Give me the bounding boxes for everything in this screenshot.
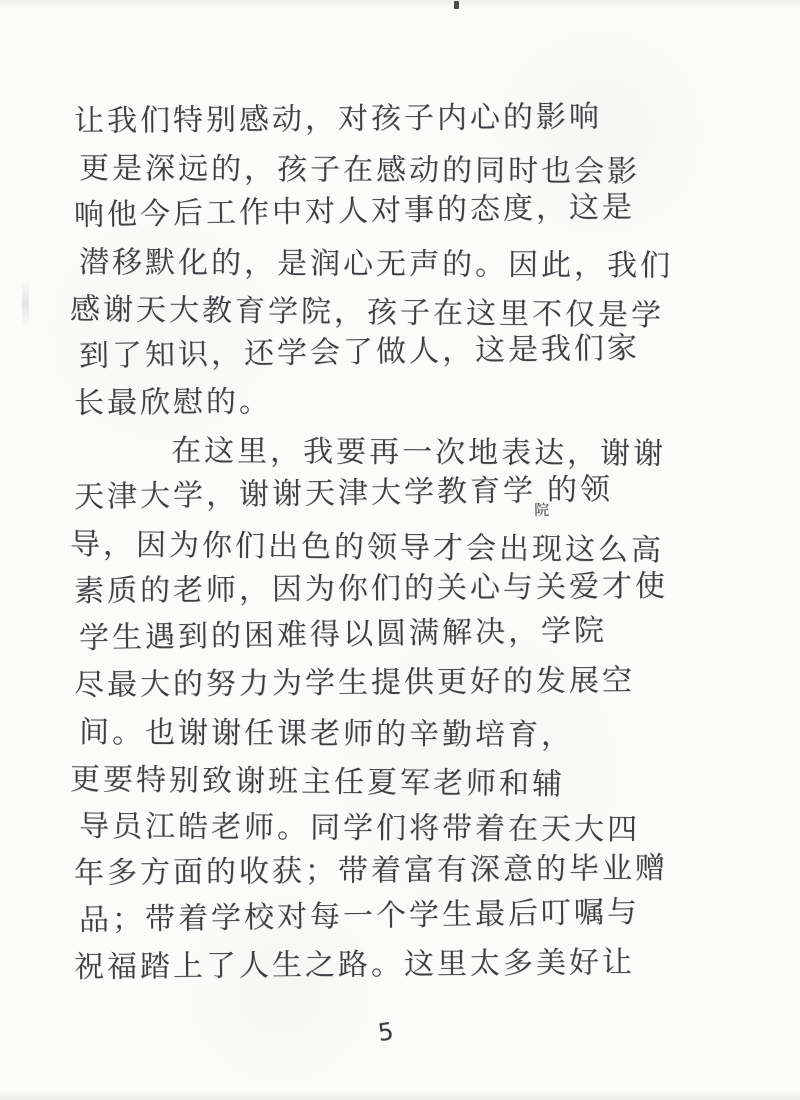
handwritten-line: 学生遇到的困难得以圆满解决，学院 <box>79 607 755 664</box>
handwritten-line: 更要特别致谢班主任夏军老师和辅 <box>70 758 754 812</box>
handwritten-line: 间。也谢谢任课老师的辛勤培育， <box>79 711 754 762</box>
page-number: 5 <box>376 1017 395 1047</box>
handwritten-line: 响他今后工作中对人对事的态度，这是 <box>74 184 755 241</box>
inserted-correction-char: 院 <box>534 488 550 532</box>
handwritten-line-with-insertion: 天津大学，谢谢天津大学教育学院的领 <box>74 466 755 523</box>
scan-artifact-speck <box>454 1 459 9</box>
handwritten-line: 尽最大的努力为学生提供更好的发展空 <box>74 658 754 711</box>
handwritten-line: 长最欣慰的。 <box>74 376 754 429</box>
line-text-before-insertion: 天津大学，谢谢天津大学教育学 <box>74 473 536 515</box>
handwritten-line: 潜移默化的，是润心无声的。因此，我们 <box>79 241 754 292</box>
handwritten-line: 祝福踏上了人生之路。这里太多美好让 <box>74 940 754 993</box>
line-text-after-insertion: 的领 <box>547 472 614 508</box>
scan-artifact-smudge <box>22 280 29 326</box>
handwritten-line: 品；带着学校对每一个学生最后叮嘱与 <box>79 889 755 946</box>
handwritten-line: 让我们特别感动，对孩子内心的影响 <box>74 94 754 147</box>
handwritten-line: 到了知识，还学会了做人，这是我们家 <box>79 325 755 382</box>
handwritten-text-block: 让我们特别感动，对孩子内心的影响 更是深远的，孩子在感动的同时也会影 响他今后工… <box>74 100 754 993</box>
scanned-letter-page: 让我们特别感动，对孩子内心的影响 更是深远的，孩子在感动的同时也会影 响他今后工… <box>0 0 800 1100</box>
